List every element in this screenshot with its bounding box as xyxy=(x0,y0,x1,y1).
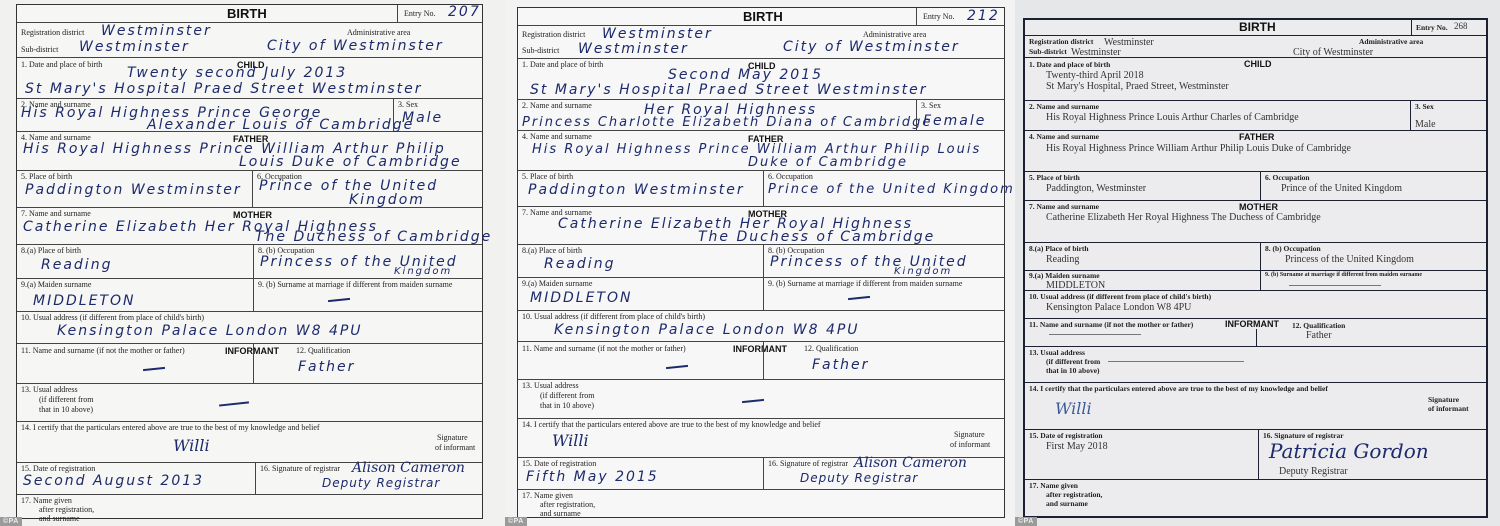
father-place-of-birth: Paddington Westminster xyxy=(25,183,242,197)
mother-name-line2: The Duchess of Cambridge xyxy=(698,230,935,244)
child-section: CHILD xyxy=(1244,59,1272,69)
qualification-label: 12. Qualification xyxy=(1292,322,1345,330)
father-place-of-birth-label: 5. Place of birth xyxy=(1029,174,1080,182)
administrative-area-value: City of Westminster xyxy=(783,40,960,54)
mother-name-line1: Catherine Elizabeth Her Royal Highness T… xyxy=(1046,212,1321,223)
informant-address-line xyxy=(1108,361,1244,362)
father-name-label: 4. Name and surname xyxy=(1029,133,1099,141)
informant-address-label: 13. Usual address xyxy=(1029,349,1085,357)
informant-row: 11. Name and surname (if not the mother … xyxy=(518,342,1004,380)
header-row: BIRTH Entry No. 207 xyxy=(17,5,482,23)
informant-address-label: 13. Usual address xyxy=(522,382,579,391)
mother-section: MOTHER xyxy=(1239,202,1278,212)
maiden-surname-label: 9.(a) Maiden surname xyxy=(1029,272,1100,280)
informant-address-label-3: that in 10 above) xyxy=(39,406,93,415)
usual-address-row: 10. Usual address (if different from pla… xyxy=(1025,291,1486,319)
informant-divider xyxy=(1256,329,1257,346)
date-of-registration: First May 2018 xyxy=(1046,441,1108,452)
maiden-surname-row: 9.(a) Maiden surname MIDDLETON 9. (b) Su… xyxy=(518,278,1004,311)
usual-address: Kensington Palace London W8 4PU xyxy=(554,323,860,337)
signature-of-informant-label-2: of informant xyxy=(435,444,475,453)
informant-address-dash xyxy=(742,399,764,403)
surname-at-marriage-label: 9. (b) Surname at marriage if different … xyxy=(258,281,452,290)
district-row: Registration district Westminster Admini… xyxy=(1025,36,1486,58)
signature-of-informant-label: Signature xyxy=(954,431,985,440)
header-row: BIRTH Entry No. 268 xyxy=(1025,20,1486,36)
registrar-signature: Patricia Gordon xyxy=(1269,439,1429,463)
signature-of-informant-label-2: of informant xyxy=(950,441,990,450)
certification-label: 14. I certify that the particulars enter… xyxy=(1029,385,1328,393)
administrative-area-label: Administrative area xyxy=(1359,38,1423,46)
informant-address-row: 13. Usual address (if different from tha… xyxy=(518,380,1004,419)
date-of-registration-label: 15. Date of registration xyxy=(522,460,596,469)
father-occupation-line1: Prince of the United xyxy=(259,179,438,193)
name-after-registration-label-2: after registration, xyxy=(1046,491,1102,499)
date-place-of-birth-label: 1. Date and place of birth xyxy=(1029,61,1110,69)
administrative-area-value: City of Westminster xyxy=(267,39,444,53)
certificate-2013: BIRTH Entry No. 207 Registration distric… xyxy=(0,0,505,526)
registration-district-label: Registration district xyxy=(1029,38,1093,46)
informant-address-label-2: (if different from xyxy=(39,396,94,405)
certification-label: 14. I certify that the particulars enter… xyxy=(21,424,320,433)
child-name-line2: Princess Charlotte Elizabeth Diana of Ca… xyxy=(522,116,932,129)
signature-of-informant-label: Signature xyxy=(1428,396,1459,404)
child-name-line1: His Royal Highness Prince Louis Arthur C… xyxy=(1046,112,1299,123)
mother-row: 7. Name and surname MOTHER Catherine Eli… xyxy=(17,208,482,245)
certification-label: 14. I certify that the particulars enter… xyxy=(522,421,821,430)
child-sex: Male xyxy=(402,111,443,125)
informant-qualification: Father xyxy=(298,360,355,374)
entry-no-label: Entry No. xyxy=(1416,24,1448,32)
district-row: Registration district Westminster Admini… xyxy=(518,26,1004,59)
qualification-label: 12. Qualification xyxy=(296,347,350,356)
father-name-line2: Louis Duke of Cambridge xyxy=(239,155,462,169)
date-of-registration: Second August 2013 xyxy=(23,474,204,488)
informant-address-label-2: (if different from xyxy=(1046,358,1100,366)
informant-name-dash xyxy=(666,365,688,369)
child-date-of-birth: Twenty second July 2013 xyxy=(127,66,347,80)
registrar-title: Deputy Registrar xyxy=(1279,466,1348,477)
name-after-registration-label-3: and surname xyxy=(1046,500,1088,508)
child-place-of-birth: St Mary's Hospital Praed Street Westmins… xyxy=(25,82,423,96)
child-name-row: 2. Name and surname His Royal Highness P… xyxy=(17,99,482,132)
surname-at-marriage-label: 9. (b) Surname at marriage if different … xyxy=(1265,272,1422,279)
child-row: 1. Date and place of birth CHILD Twenty-… xyxy=(1025,58,1486,101)
father-place-of-birth: Paddington, Westminster xyxy=(1046,183,1146,194)
informant-signature: Willi xyxy=(173,436,210,455)
mother-place-of-birth-label: 8.(a) Place of birth xyxy=(1029,245,1089,253)
informant-signature: Willi xyxy=(1055,399,1092,418)
child-row: 1. Date and place of birth CHILD Twenty … xyxy=(17,58,482,99)
child-place-of-birth: St Mary's Hospital, Praed Street, Westmi… xyxy=(1046,81,1229,92)
father-place-of-birth-label: 5. Place of birth xyxy=(522,173,573,182)
informant-name-label: 11. Name and surname (if not the mother … xyxy=(1029,321,1193,329)
registrar-title: Deputy Registrar xyxy=(322,477,440,489)
header-row: BIRTH Entry No. 212 xyxy=(518,8,1004,26)
mother-details-row: 8.(a) Place of birth Reading 8. (b) Occu… xyxy=(518,245,1004,278)
sub-district-value: Westminster xyxy=(1071,47,1121,58)
signature-of-informant-label: Signature xyxy=(437,434,468,443)
usual-address-label: 10. Usual address (if different from pla… xyxy=(21,314,204,323)
father-row: 4. Name and surname FATHER His Royal Hig… xyxy=(17,132,482,171)
child-name-row: 2. Name and surname His Royal Highness P… xyxy=(1025,101,1486,131)
surname-at-marriage-line xyxy=(1289,285,1381,286)
informant-name-line xyxy=(1049,334,1141,335)
registration-district-label: Registration district xyxy=(21,29,84,38)
sex-label: 3. Sex xyxy=(398,101,418,110)
father-occupation-label: 6. Occupation xyxy=(768,173,813,182)
mother-details-row: 8.(a) Place of birth Reading 8. (b) Occu… xyxy=(17,245,482,279)
name-after-registration-label-3: and surname xyxy=(540,510,581,519)
administrative-area-label: Administrative area xyxy=(347,29,410,38)
registrar-signature: Alison Cameron xyxy=(854,455,967,471)
name-after-registration-row: 17. Name given after registration, and s… xyxy=(1025,480,1486,516)
child-name-label: 2. Name and surname xyxy=(522,102,592,111)
photo-credit: ©PA xyxy=(0,517,22,526)
mother-name-label: 7. Name and surname xyxy=(1029,203,1099,211)
mother-name-label: 7. Name and surname xyxy=(21,210,91,219)
child-date-of-birth: Twenty-third April 2018 xyxy=(1046,70,1144,81)
usual-address: Kensington Palace London W8 4PU xyxy=(57,324,363,338)
mother-place-of-birth-label: 8.(a) Place of birth xyxy=(522,247,582,256)
signature-of-informant-label-2: of informant xyxy=(1428,405,1469,413)
child-place-of-birth: St Mary's Hospital Praed Street Westmins… xyxy=(530,83,928,97)
mother-occupation-line2: Kingdom xyxy=(894,267,952,277)
maiden-surname-row: 9.(a) Maiden surname MIDDLETON 9. (b) Su… xyxy=(1025,271,1486,291)
father-occupation-line1: Prince of the United Kingdom xyxy=(768,183,1015,196)
usual-address-label: 10. Usual address (if different from pla… xyxy=(522,313,705,322)
sub-district-label: Sub-district xyxy=(1029,48,1067,56)
informant-address-row: 13. Usual address (if different from tha… xyxy=(17,384,482,422)
informant-address-row: 13. Usual address (if different from tha… xyxy=(1025,347,1486,383)
father-occupation-label: 6. Occupation xyxy=(1265,174,1310,182)
mother-place-of-birth-label: 8.(a) Place of birth xyxy=(21,247,81,256)
registrar-signature-label: 16. Signature of registrar xyxy=(260,465,340,474)
registrar-signature: Alison Cameron xyxy=(352,460,465,476)
maiden-surname: MIDDLETON xyxy=(530,291,632,305)
father-place-of-birth-label: 5. Place of birth xyxy=(21,173,72,182)
maiden-surname: MIDDLETON xyxy=(33,294,135,308)
entry-no-value: 212 xyxy=(967,9,1000,23)
photo-credit: ©PA xyxy=(1015,517,1037,526)
mother-place-of-birth: Reading xyxy=(41,258,112,272)
father-occupation-line1: Prince of the United Kingdom xyxy=(1281,183,1402,194)
surname-at-marriage-dash xyxy=(848,296,870,300)
administrative-area-value: City of Westminster xyxy=(1293,47,1373,58)
mother-place-of-birth: Reading xyxy=(1046,254,1079,265)
father-name-line1: His Royal Highness Prince William Arthur… xyxy=(1046,143,1351,154)
informant-signature: Willi xyxy=(552,431,589,450)
certification-row: 14. I certify that the particulars enter… xyxy=(17,422,482,463)
father-name-label: 4. Name and surname xyxy=(522,133,592,142)
child-sex: Male xyxy=(1415,119,1436,130)
child-name-label: 2. Name and surname xyxy=(1029,103,1099,111)
birth-form: BIRTH Entry No. 212 Registration distric… xyxy=(517,7,1005,518)
maiden-surname-row: 9.(a) Maiden surname MIDDLETON 9. (b) Su… xyxy=(17,279,482,312)
sex-label: 3. Sex xyxy=(921,102,941,111)
child-row: 1. Date and place of birth CHILD Second … xyxy=(518,59,1004,100)
child-sex: Female xyxy=(923,114,986,128)
registration-district-label: Registration district xyxy=(522,31,585,40)
father-occupation-line2: Kingdom xyxy=(349,193,425,207)
certificate-2015: BIRTH Entry No. 212 Registration distric… xyxy=(505,0,1015,526)
informant-address-label-3: that in 10 above) xyxy=(1046,367,1100,375)
sub-district-value: Westminster xyxy=(578,42,689,56)
registrar-signature-label: 16. Signature of registrar xyxy=(768,460,848,469)
father-details-row: 5. Place of birth Paddington Westminster… xyxy=(17,171,482,208)
informant-row: 11. Name and surname (if not the mother … xyxy=(17,344,482,384)
usual-address-row: 10. Usual address (if different from pla… xyxy=(17,312,482,344)
registrar-title: Deputy Registrar xyxy=(800,472,918,484)
date-of-registration: Fifth May 2015 xyxy=(526,470,659,484)
birth-form: BIRTH Entry No. 268 Registration distric… xyxy=(1023,18,1488,518)
entry-no-label: Entry No. xyxy=(923,13,955,22)
mother-details-row: 8.(a) Place of birth Reading 8. (b) Occu… xyxy=(1025,243,1486,271)
informant-address-dash xyxy=(219,401,249,406)
usual-address-label: 10. Usual address (if different from pla… xyxy=(1029,293,1211,301)
registration-row: 15. Date of registration Fifth May 2015 … xyxy=(518,458,1004,490)
surname-at-marriage-label: 9. (b) Surname at marriage if different … xyxy=(768,280,962,289)
usual-address-row: 10. Usual address (if different from pla… xyxy=(518,311,1004,342)
father-row: 4. Name and surname FATHER His Royal Hig… xyxy=(1025,131,1486,172)
child-name-row: 2. Name and surname Her Royal Highness P… xyxy=(518,100,1004,131)
qualification-label: 12. Qualification xyxy=(804,345,858,354)
father-name-line2: Duke of Cambridge xyxy=(748,156,908,169)
informant-qualification: Father xyxy=(812,358,869,372)
entry-no-value: 207 xyxy=(448,5,481,19)
maiden-surname-label: 9.(a) Maiden surname xyxy=(21,281,91,290)
mother-place-of-birth: Reading xyxy=(544,257,615,271)
child-name-line2: Alexander Louis of Cambridge xyxy=(147,118,414,132)
informant-name-dash xyxy=(143,367,165,371)
form-title: BIRTH xyxy=(743,9,783,24)
mother-occupation-line2: Kingdom xyxy=(394,267,452,277)
father-details-row: 5. Place of birth Paddington Westminster… xyxy=(518,171,1004,207)
mother-row: 7. Name and surname MOTHER Catherine Eli… xyxy=(1025,201,1486,243)
date-place-of-birth-label: 1. Date and place of birth xyxy=(522,61,603,70)
sex-label: 3. Sex xyxy=(1415,103,1434,111)
maiden-surname: MIDDLETON xyxy=(1046,280,1105,291)
certificate-2018: BIRTH Entry No. 268 Registration distric… xyxy=(1015,0,1500,526)
informant-address-label: 13. Usual address xyxy=(21,386,78,395)
form-title: BIRTH xyxy=(1239,20,1276,34)
father-section: FATHER xyxy=(1239,132,1274,142)
entry-no-label: Entry No. xyxy=(404,10,436,19)
informant-name-label: 11. Name and surname (if not the mother … xyxy=(522,345,686,354)
mother-occupation-label: 8. (b) Occupation xyxy=(1265,245,1321,253)
form-title: BIRTH xyxy=(227,6,267,21)
father-row: 4. Name and surname FATHER His Royal Hig… xyxy=(518,131,1004,171)
registration-district-value: Westminster xyxy=(602,27,713,41)
informant-address-label-2: (if different from xyxy=(540,392,595,401)
father-details-row: 5. Place of birth Paddington, Westminste… xyxy=(1025,172,1486,201)
photo-credit: ©PA xyxy=(505,517,527,526)
usual-address: Kensington Palace London W8 4PU xyxy=(1046,302,1191,313)
name-after-registration-label-3: and surname xyxy=(39,515,80,524)
sub-district-value: Westminster xyxy=(79,40,190,54)
name-after-registration-row: 17. Name given after registration, and s… xyxy=(17,495,482,520)
informant-name-label: 11. Name and surname (if not the mother … xyxy=(21,347,185,356)
informant-row: 11. Name and surname (if not the mother … xyxy=(1025,319,1486,347)
mother-row: 7. Name and surname MOTHER Catherine Eli… xyxy=(518,207,1004,245)
mother-occupation-line1: Princess of the United Kingdom xyxy=(1285,254,1414,265)
birth-form: BIRTH Entry No. 207 Registration distric… xyxy=(16,4,483,519)
registration-district-value: Westminster xyxy=(101,24,212,38)
informant-address-label-3: that in 10 above) xyxy=(540,402,594,411)
certification-row: 14. I certify that the particulars enter… xyxy=(1025,383,1486,430)
date-place-of-birth-label: 1. Date and place of birth xyxy=(21,61,102,70)
name-after-registration-row: 17. Name given after registration, and s… xyxy=(518,490,1004,517)
sub-district-label: Sub-district xyxy=(21,46,58,55)
maiden-surname-label: 9.(a) Maiden surname xyxy=(522,280,592,289)
registration-row: 15. Date of registration First May 2018 … xyxy=(1025,430,1486,480)
sub-district-label: Sub-district xyxy=(522,47,559,56)
father-place-of-birth: Paddington Westminster xyxy=(528,183,745,197)
entry-no-value: 268 xyxy=(1454,22,1468,32)
surname-at-marriage-dash xyxy=(328,298,350,302)
district-row: Registration district Westminster Admini… xyxy=(17,23,482,58)
date-of-registration-label: 15. Date of registration xyxy=(1029,432,1103,440)
mother-name-line2: The Duchess of Cambridge xyxy=(255,230,492,244)
informant-qualification: Father xyxy=(1306,330,1332,341)
registration-row: 15. Date of registration Second August 2… xyxy=(17,463,482,495)
certification-row: 14. I certify that the particulars enter… xyxy=(518,419,1004,458)
name-after-registration-label: 17. Name given xyxy=(1029,482,1078,490)
child-date-of-birth: Second May 2015 xyxy=(668,68,823,82)
